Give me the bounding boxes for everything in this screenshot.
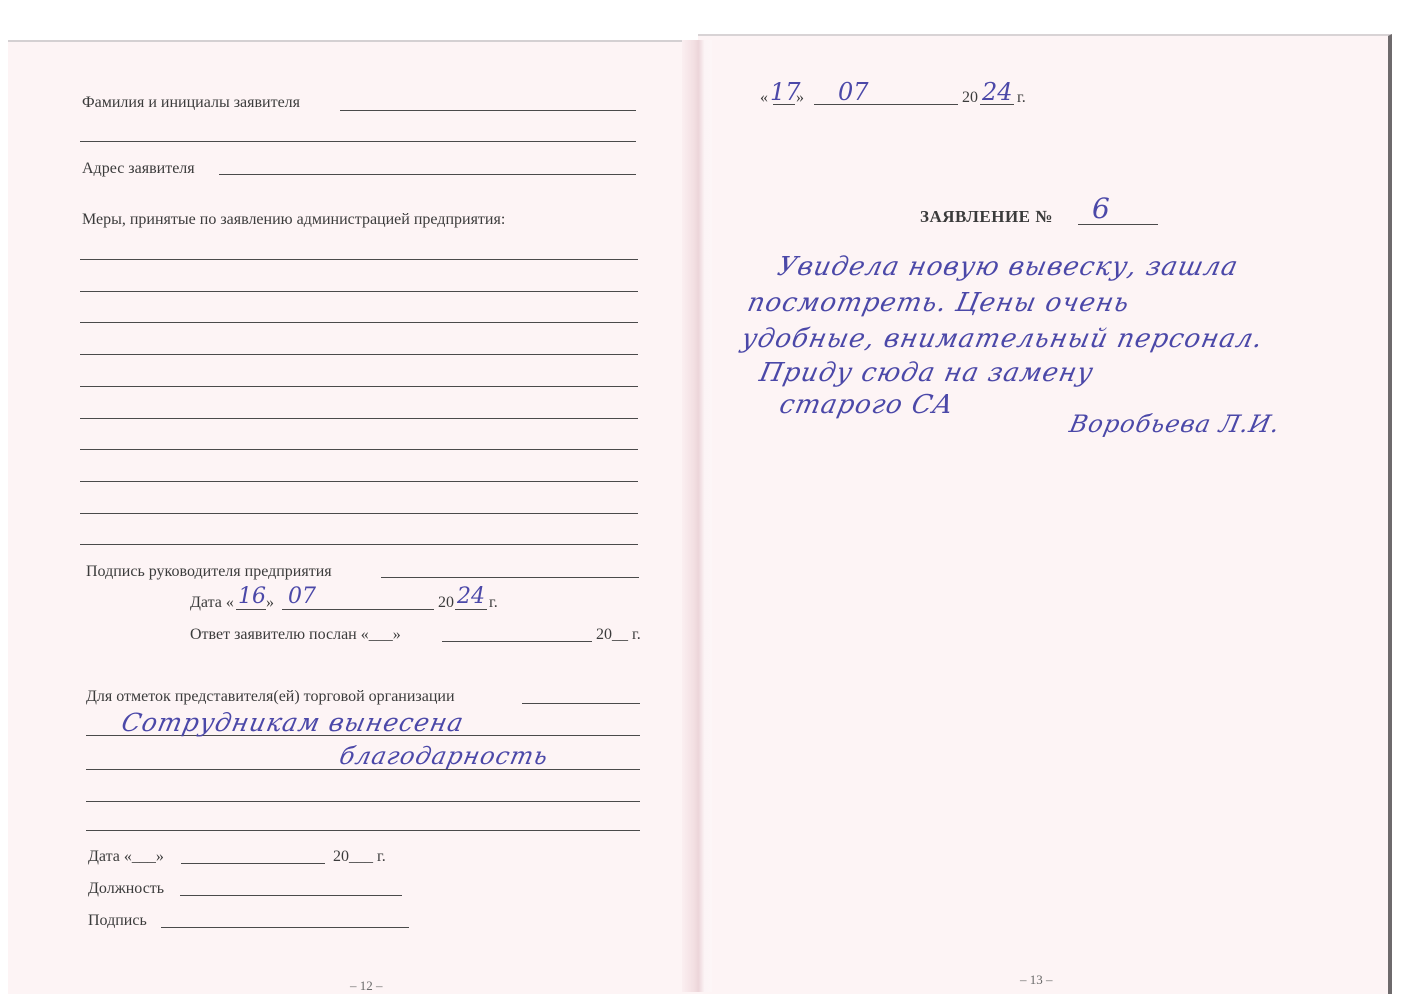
- bottom-date-year: 20___ г.: [333, 848, 386, 866]
- applicant-name-field-line2[interactable]: [80, 141, 636, 142]
- date-year-handwritten: 24: [457, 584, 485, 609]
- measures-line[interactable]: [80, 481, 638, 482]
- reply-label: Ответ заявителю послан «___»: [190, 626, 401, 644]
- measures-line[interactable]: [80, 259, 638, 260]
- measures-line[interactable]: [80, 322, 638, 323]
- application-body-line-3: удобные, внимательный персонал.: [739, 324, 1266, 354]
- measures-label: Меры, принятые по заявлению администраци…: [82, 211, 505, 229]
- signature-label: Подпись: [88, 912, 147, 930]
- right-date-open-quote: «: [760, 89, 768, 107]
- applicant-address-label: Адрес заявителя: [82, 160, 195, 178]
- right-page: [698, 34, 1392, 994]
- applicant-signature-handwritten: Воробьева Л.И.: [1067, 410, 1283, 438]
- date-year-field[interactable]: [455, 609, 487, 610]
- trade-org-label: Для отметок представителя(ей) торговой о…: [86, 688, 455, 706]
- date-close-quote: »: [266, 594, 274, 612]
- applicant-name-field[interactable]: [340, 110, 636, 111]
- measures-line[interactable]: [80, 449, 638, 450]
- measures-line[interactable]: [80, 418, 638, 419]
- application-title: ЗАЯВЛЕНИЕ №: [920, 207, 1053, 227]
- manager-signature-field[interactable]: [381, 577, 639, 578]
- booklet-spread: Фамилия и инициалы заявителя Адрес заяви…: [0, 0, 1414, 1000]
- trade-org-handwritten-line2: благодарность: [337, 742, 551, 770]
- trade-org-line-3[interactable]: [86, 801, 640, 802]
- measures-line[interactable]: [80, 513, 638, 514]
- book-spine: [682, 40, 712, 992]
- date-month-field[interactable]: [282, 609, 434, 610]
- measures-line[interactable]: [80, 386, 638, 387]
- date-year-unit: г.: [489, 594, 498, 612]
- date-month-handwritten: 07: [288, 584, 316, 609]
- right-date-year-handwritten: 24: [982, 78, 1013, 106]
- date-year-prefix: 20: [438, 594, 454, 612]
- right-date-close-quote: »: [796, 89, 804, 107]
- bottom-date-month-field[interactable]: [181, 863, 325, 864]
- right-page-number: – 13 –: [1020, 972, 1053, 988]
- left-page-number: – 12 –: [350, 978, 383, 994]
- date-day-handwritten: 16: [238, 584, 266, 609]
- date-day-field[interactable]: [236, 609, 266, 610]
- application-number-field[interactable]: [1078, 224, 1158, 225]
- application-body-line-5: старого СА: [777, 390, 957, 420]
- trade-org-handwritten-line1: Сотрудникам вынесена: [119, 708, 467, 737]
- application-number-handwritten: 6: [1092, 192, 1110, 225]
- applicant-address-field[interactable]: [219, 174, 636, 175]
- applicant-name-label: Фамилия и инициалы заявителя: [82, 94, 300, 112]
- measures-line[interactable]: [80, 291, 638, 292]
- trade-org-field[interactable]: [522, 703, 640, 704]
- right-date-month-field[interactable]: [814, 104, 958, 105]
- position-field[interactable]: [180, 895, 402, 896]
- bottom-date-label: Дата «___»: [88, 848, 164, 866]
- manager-signature-label: Подпись руководителя предприятия: [86, 563, 332, 581]
- reply-year: 20__ г.: [596, 626, 641, 644]
- application-body-line-1: Увидела новую вывеску, зашла: [775, 252, 1241, 282]
- right-date-month-handwritten: 07: [838, 78, 869, 106]
- signature-field[interactable]: [161, 927, 409, 928]
- application-body-line-2: посмотреть. Цены очень: [745, 288, 1133, 318]
- right-date-year-unit: г.: [1017, 89, 1026, 107]
- date-label: Дата «: [190, 594, 234, 612]
- measures-line[interactable]: [80, 544, 638, 545]
- reply-month-field[interactable]: [442, 641, 592, 642]
- trade-org-line-4[interactable]: [86, 830, 640, 831]
- right-date-year-prefix: 20: [962, 89, 978, 107]
- application-body-line-4: Приду сюда на замену: [757, 358, 1097, 388]
- measures-line[interactable]: [80, 354, 638, 355]
- position-label: Должность: [88, 880, 164, 898]
